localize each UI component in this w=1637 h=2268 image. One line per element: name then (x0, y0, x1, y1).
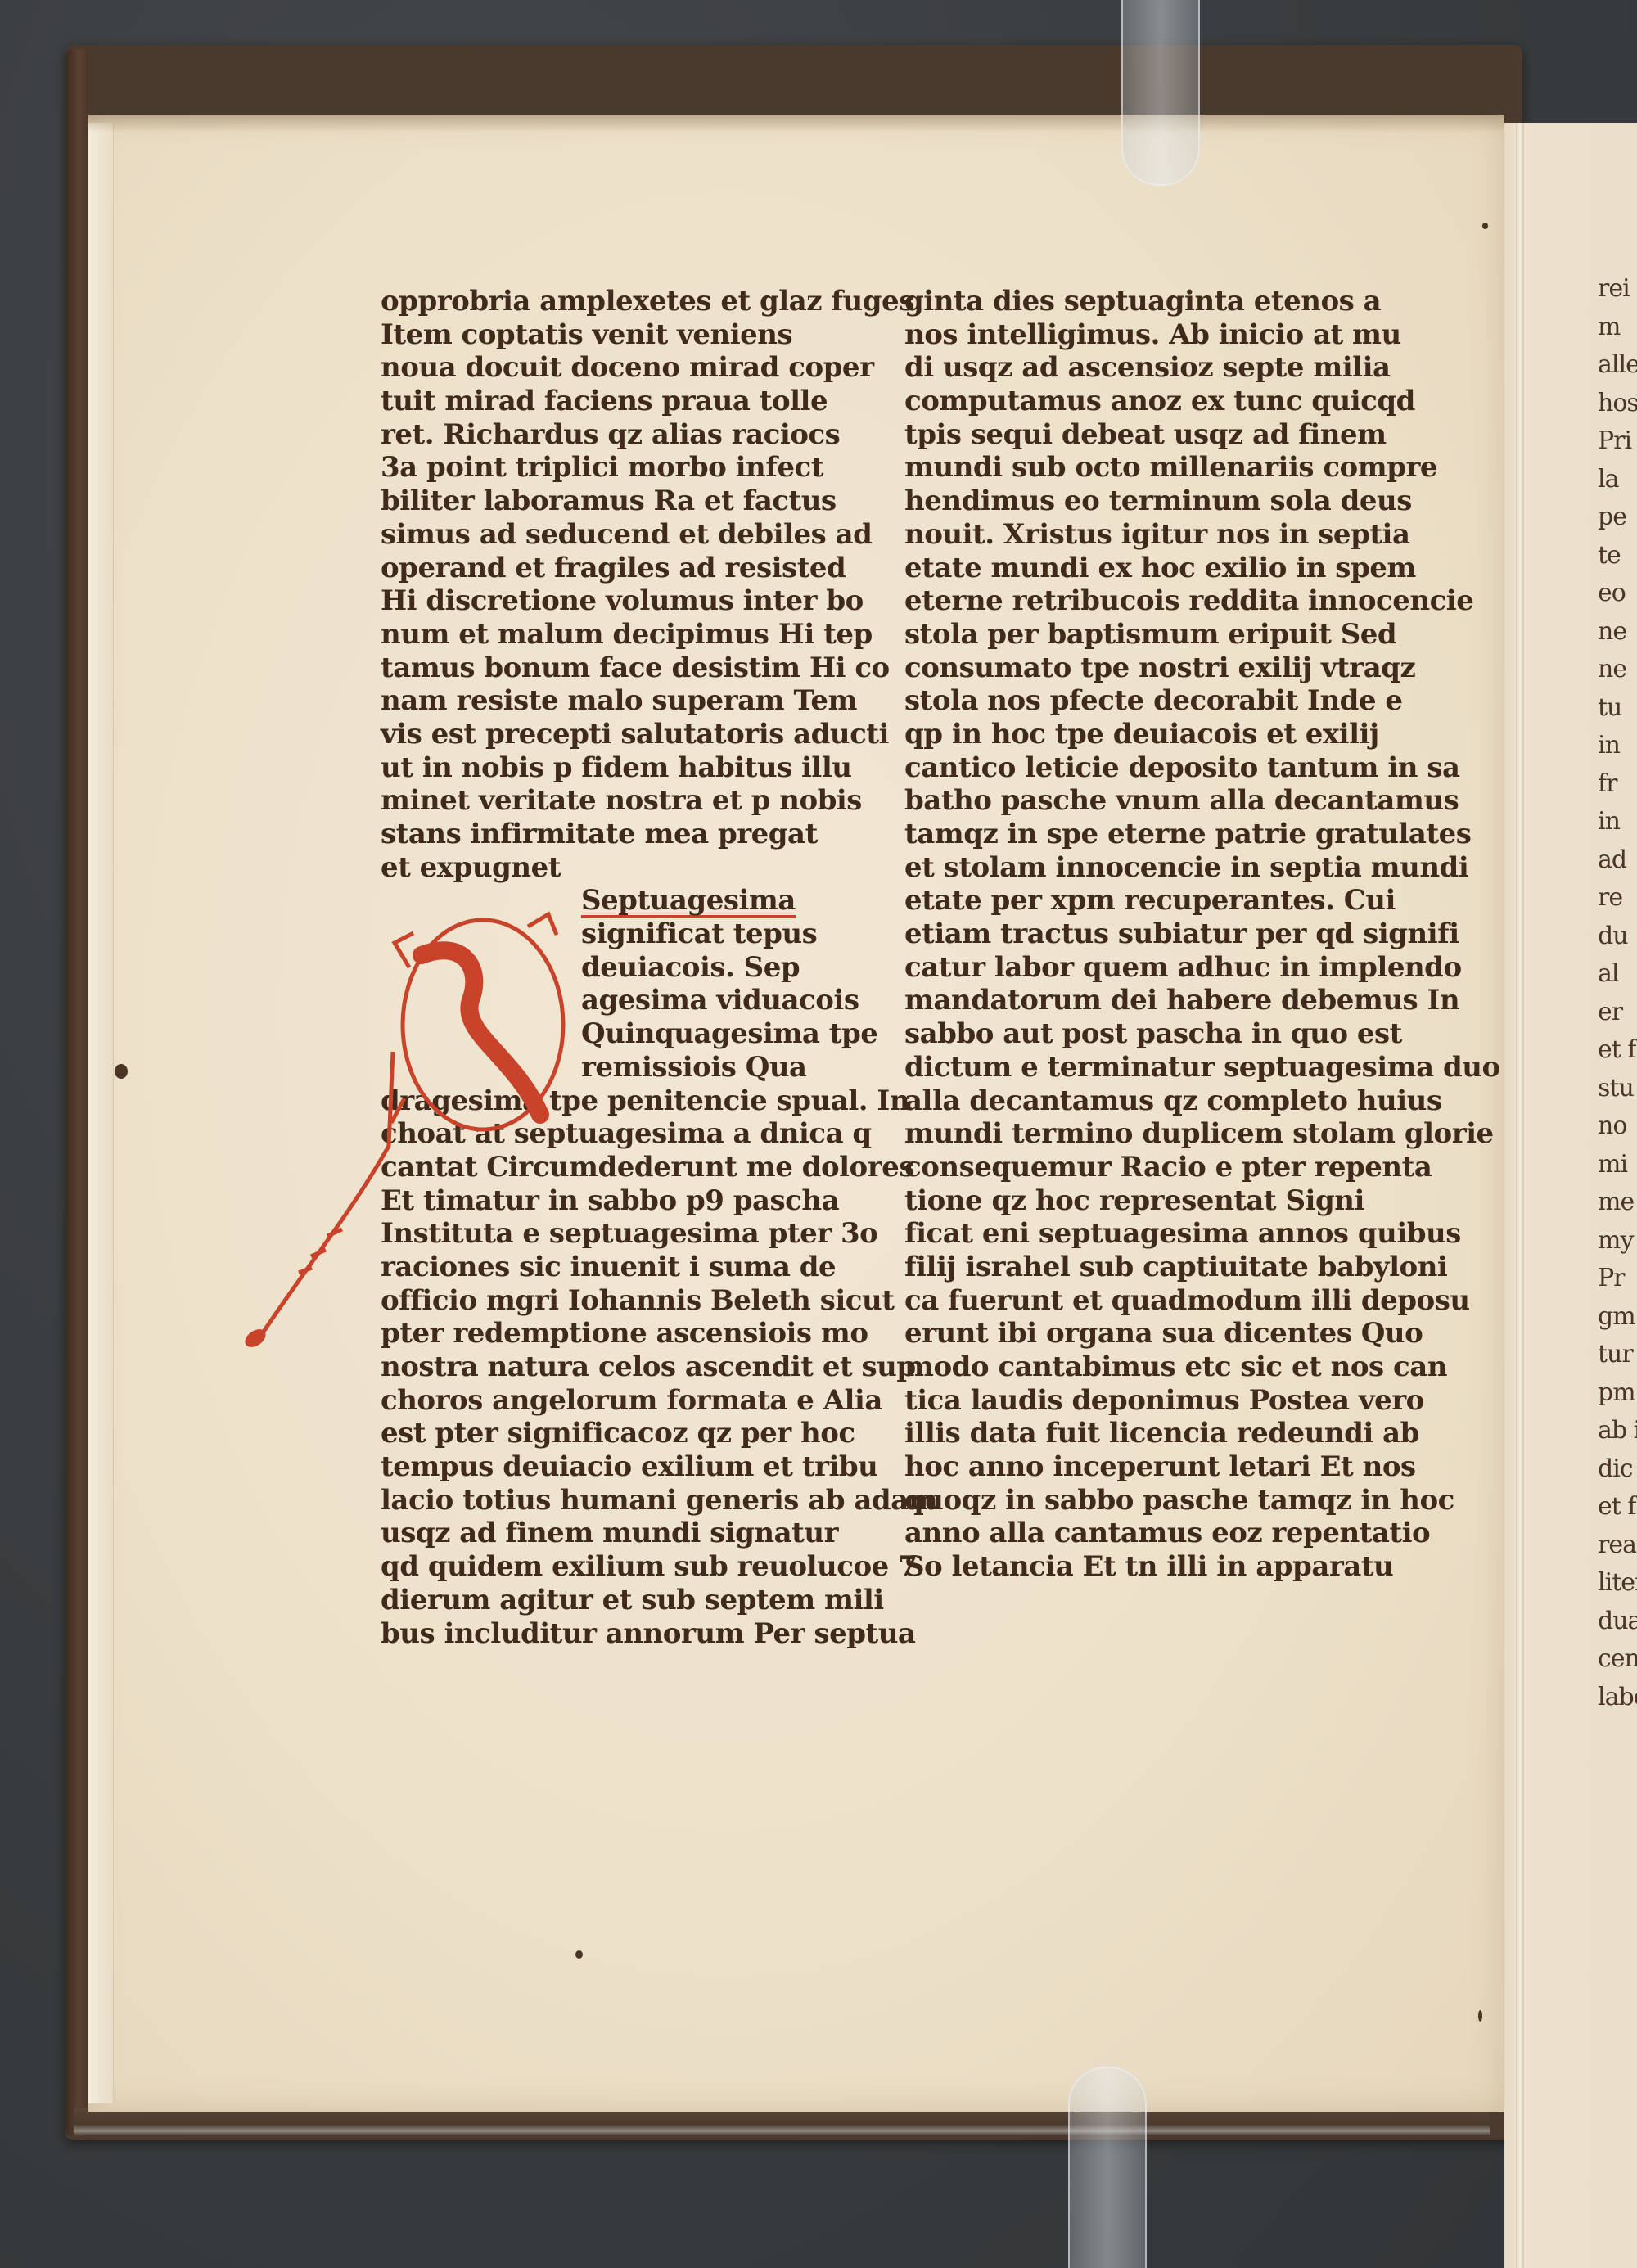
manuscript-line: di usqz ad ascensioz septe milia (904, 351, 1396, 385)
manuscript-line: hendimus eo terminum sola deus (904, 485, 1396, 518)
manuscript-line: consequemur Racio e pter repenta (904, 1151, 1396, 1184)
manuscript-line: tione qz hoc representat Signi (904, 1184, 1396, 1218)
manuscript-line: qd quidem exilium sub reuolucoe 7 (381, 1550, 839, 1584)
manuscript-line: choros angelorum formata e Alia (381, 1384, 839, 1418)
manuscript-line: catur labor quem adhuc in implendo (904, 951, 1396, 985)
initial-pen-flourish (229, 1048, 442, 1359)
facing-page-fragment: Pr (1598, 1260, 1637, 1298)
facing-page-fragment: dic (1598, 1450, 1637, 1489)
facing-page-fragment: me (1598, 1184, 1637, 1222)
manuscript-line: erunt ibi organa sua dicentes Quo (904, 1317, 1396, 1350)
manuscript-line: Instituta e septuagesima pter 3o (381, 1217, 839, 1251)
manuscript-line: mundi sub octo millenariis compre (904, 451, 1396, 485)
ink-spot (1478, 2010, 1482, 2022)
manuscript-line: tamqz in spe eterne patrie gratulates (904, 818, 1396, 851)
manuscript-line: et stolam innocencie in septia mundi (904, 851, 1396, 885)
manuscript-line: pter redemptione ascensiois mo (381, 1317, 839, 1350)
manuscript-line: nos intelligimus. Ab inicio at mu (904, 318, 1396, 352)
facing-page-fragment: mi (1598, 1146, 1637, 1184)
manuscript-line: lacio totius humani generis ab adam (381, 1484, 839, 1517)
manuscript-line: batho pasche vnum alla decantamus (904, 784, 1396, 818)
page-fore-edge (88, 123, 114, 2103)
facing-page-fragment: gm (1598, 1298, 1637, 1337)
facing-page-fragment: ne (1598, 651, 1637, 689)
manuscript-line: etate mundi ex hoc exilio in spem (904, 552, 1396, 585)
manuscript-line: nostra natura celos ascendit et sup (381, 1350, 839, 1384)
manuscript-line: cantico leticie deposito tantum in sa (904, 751, 1396, 785)
manuscript-line: dictum e terminatur septuagesima duo (904, 1051, 1396, 1084)
facing-page-fragment: ne (1598, 613, 1637, 652)
manuscript-line: modo cantabimus etc sic et nos can (904, 1350, 1396, 1384)
manuscript-line: eterne retribucois reddita innocencie (904, 584, 1396, 618)
manuscript-line: sabbo aut post pascha in quo est (904, 1017, 1396, 1051)
facing-page-fragment: dual (1598, 1603, 1637, 1641)
manuscript-line: minet veritate nostra et p nobis (381, 784, 839, 818)
facing-page-fragment: pm (1598, 1374, 1637, 1413)
manuscript-line: tamus bonum face desistim Hi co (381, 652, 839, 685)
facing-page-text-fragments: reimallehosPrilapeteeonenetuinfrinadredu… (1598, 270, 1637, 1716)
manuscript-line: ut in nobis p fidem habitus illu (381, 751, 839, 785)
facing-page-fragment: er (1598, 994, 1637, 1032)
manuscript-line: simus ad seducend et debiles ad (381, 518, 839, 552)
binding-bottom-edge (74, 2108, 1490, 2135)
facing-page-fragment: tu (1598, 689, 1637, 728)
facing-page-fragment: cent (1598, 1640, 1637, 1679)
book-clip-bottom (1068, 2067, 1147, 2268)
manuscript-line: tempus deuiacio exilium et tribu (381, 1450, 839, 1484)
manuscript-line: cantat Circumdederunt me dolores (381, 1151, 839, 1184)
facing-page-fragment: my (1598, 1222, 1637, 1260)
facing-page-fragment: in (1598, 803, 1637, 841)
manuscript-line: tpis sequi debeat usqz ad finem (904, 418, 1396, 452)
manuscript-line: hoc anno inceperunt letari Et nos (904, 1450, 1396, 1484)
manuscript-line: bus includitur annorum Per septua (381, 1617, 839, 1651)
text-column-right: ginta dies septuaginta etenos anos intel… (904, 285, 1396, 1584)
facing-page-fragment: liter (1598, 1564, 1637, 1603)
facing-page-fragment: fr (1598, 765, 1637, 804)
manuscript-line: So letancia Et tn illi in apparatu (904, 1550, 1396, 1584)
facing-page-fragment: reat (1598, 1526, 1637, 1565)
binding-spine-edge (65, 49, 88, 2136)
manuscript-line: ficat eni septuagesima annos quibus (904, 1217, 1396, 1251)
manuscript-line: biliter laboramus Ra et factus (381, 485, 839, 518)
manuscript-line: Hi discretione volumus inter bo (381, 584, 839, 618)
manuscript-line: etate per xpm recuperantes. Cui (904, 884, 1396, 918)
manuscript-line: nam resiste malo superam Tem (381, 684, 839, 718)
facing-page-fragment: m (1598, 309, 1637, 347)
manuscript-line: stola nos pfecte decorabit Inde e (904, 684, 1396, 718)
manuscript-line: consumato tpe nostri exilij vtraqz (904, 652, 1396, 685)
manuscript-line: Et timatur in sabbo p9 pascha (381, 1184, 839, 1218)
facing-page-fragment: hos (1598, 385, 1637, 423)
manuscript-line: anno alla cantamus eoz repentatio (904, 1517, 1396, 1550)
manuscript-line: stola per baptismum eripuit Sed (904, 618, 1396, 652)
facing-page-fragment: pe (1598, 498, 1637, 537)
gutter-fold (1516, 123, 1524, 2268)
facing-page-fragment: in (1598, 727, 1637, 765)
manuscript-line: Item coptatis venit veniens (381, 318, 839, 352)
manuscript-line: alla decantamus qz completo huius (904, 1084, 1396, 1118)
manuscript-line: opprobria amplexetes et glaz fuges (381, 285, 839, 318)
manuscript-line: vis est precepti salutatoris aducti (381, 718, 839, 751)
manuscript-line: mandatorum dei habere debemus In (904, 984, 1396, 1017)
facing-page-fragment: stu (1598, 1070, 1637, 1108)
manuscript-line: num et malum decipimus Hi tep (381, 618, 839, 652)
manuscript-line: ret. Richardus qz alias raciocs (381, 418, 839, 452)
book-clip-top (1121, 0, 1200, 186)
manuscript-line: dierum agitur et sub septem mili (381, 1584, 839, 1617)
manuscript-line: nouit. Xristus igitur nos in septia (904, 518, 1396, 552)
manuscript-line: etiam tractus subiatur per qd signifi (904, 918, 1396, 951)
manuscript-line: tica laudis deponimus Postea vero (904, 1384, 1396, 1418)
facing-page-fragment: du (1598, 918, 1637, 956)
facing-page-fragment: ad (1598, 841, 1637, 880)
facing-page-fragment: et f (1598, 1488, 1637, 1526)
ink-spot (1482, 223, 1488, 229)
manuscript-line: ginta dies septuaginta etenos a (904, 285, 1396, 318)
manuscript-line: qp in hoc tpe deuiacois et exilij (904, 718, 1396, 751)
page-top-shadow (88, 115, 1504, 133)
manuscript-line: raciones sic inuenit i suma de (381, 1251, 839, 1284)
facing-page-fragment: te (1598, 537, 1637, 575)
manuscript-line: usqz ad finem mundi signatur (381, 1517, 839, 1550)
manuscript-line: ca fuerunt et quadmodum illi deposu (904, 1284, 1396, 1318)
manuscript-line: stans infirmitate mea pregat (381, 818, 839, 851)
manuscript-line: illis data fuit licencia redeundi ab (904, 1417, 1396, 1450)
facing-page-fragment: Pri (1598, 422, 1637, 461)
facing-page-fragment: et f (1598, 1031, 1637, 1070)
manuscript-line: mundi termino duplicem stolam glorie (904, 1117, 1396, 1151)
manuscript-line: filij israhel sub captiuitate babyloni (904, 1251, 1396, 1284)
ink-spot (575, 1950, 583, 1959)
manuscript-line: officio mgri Iohannis Beleth sicut (381, 1284, 839, 1318)
facing-page-fragment: no (1598, 1107, 1637, 1146)
facing-page-fragment: rei (1598, 270, 1637, 309)
facing-page-fragment: alle (1598, 346, 1637, 385)
manuscript-line: operand et fragiles ad resisted (381, 552, 839, 585)
manuscript-line: quoqz in sabbo pasche tamqz in hoc (904, 1484, 1396, 1517)
manuscript-line: est pter significacoz qz per hoc (381, 1417, 839, 1450)
manuscript-line: et expugnet (381, 851, 839, 885)
manuscript-line: tuit mirad faciens praua tolle (381, 385, 839, 418)
facing-page-fragment: ab i (1598, 1412, 1637, 1450)
facing-page-fragment: la (1598, 461, 1637, 499)
facing-page-fragment: al (1598, 955, 1637, 994)
facing-page-fragment: re (1598, 879, 1637, 918)
facing-page-fragment: labo (1598, 1679, 1637, 1717)
manuscript-line: noua docuit doceno mirad coper (381, 351, 839, 385)
facing-page-fragment: tur (1598, 1336, 1637, 1374)
manuscript-line: 3a point triplici morbo infect (381, 451, 839, 485)
ink-spot (115, 1064, 128, 1079)
manuscript-line: computamus anoz ex tunc quicqd (904, 385, 1396, 418)
facing-page-fragment: eo (1598, 575, 1637, 613)
